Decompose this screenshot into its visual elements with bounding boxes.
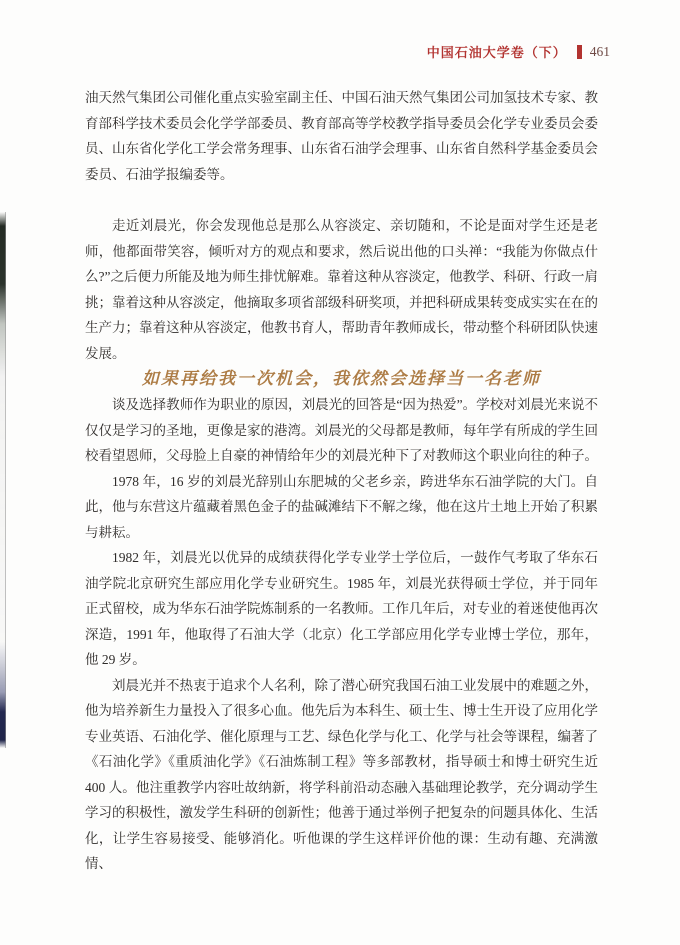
paragraph-1982: 1982 年，刘晨光以优异的成绩获得化学专业学士学位后，一鼓作气考取了华东石油学… — [85, 545, 598, 673]
paragraph-continuation: 油天然气集团公司催化重点实验室副主任、中国石油天然气集团公司加氢技术专家、教育部… — [85, 85, 598, 187]
paragraph-teaching: 刘晨光并不热衷于追求个人名利，除了潜心研究我国石油工业发展中的难题之外，他为培养… — [85, 673, 598, 877]
book-page: 中国石油大学卷（下） 461 油天然气集团公司催化重点实验室副主任、中国石油天然… — [0, 0, 680, 945]
body-text: 油天然气集团公司催化重点实验室副主任、中国石油天然气集团公司加氢技术专家、教育部… — [85, 85, 598, 877]
page-number: 461 — [590, 44, 610, 60]
header-divider-bar — [577, 45, 582, 59]
section-heading: 如果再给我一次机会，我依然会选择当一名老师 — [85, 366, 598, 392]
book-title: 中国石油大学卷（下） — [427, 42, 567, 61]
paragraph-reason: 谈及选择教师作为职业的原因，刘晨光的回答是“因为热爱”。学校对刘晨光来说不仅仅是… — [85, 392, 598, 469]
paragraph-1978: 1978 年，16 岁的刘晨光辞别山东肥城的父老乡亲，跨进华东石油学院的大门。自… — [85, 469, 598, 546]
page-edge-strip — [0, 212, 6, 748]
paragraph-intro: 走近刘晨光，你会发现他总是那么从容淡定、亲切随和，不论是面对学生还是老师，他都面… — [85, 213, 598, 366]
page-header: 中国石油大学卷（下） 461 — [427, 42, 610, 61]
